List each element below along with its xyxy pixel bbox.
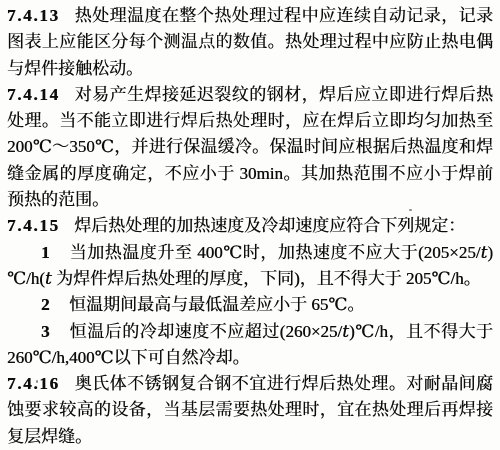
variable-t: t	[342, 322, 349, 342]
clause-number: 7.4.14	[7, 85, 60, 104]
clause-number: 7.4.16	[7, 374, 60, 393]
clause-7-4-13: 7.4.13热处理温度在整个热处理过程中应连续自动记录，记录图表上应能区分每个测…	[7, 3, 493, 82]
item-number: 2	[41, 295, 50, 314]
clause-number: 7.4.15	[7, 216, 60, 235]
clause-7-4-15-item-3: 3恒温后的冷却速度不应超过(260×25/t)℃/h，且不得大于 260℃/h,…	[7, 319, 493, 372]
clause-7-4-14: 7.4.14对易产生焊接延迟裂纹的钢材，焊后应立即进行焊后热处理。当不能立即进行…	[7, 82, 493, 213]
item-number: 3	[41, 322, 50, 341]
scan-artifact	[236, 86, 239, 89]
item-number: 1	[41, 243, 50, 262]
clause-7-4-15: 7.4.15焊后热处理的加热速度及冷却速度应符合下列规定：	[7, 213, 493, 239]
clause-text: 焊后热处理的加热速度及冷却速度应符合下列规定：	[74, 216, 465, 235]
scan-artifact	[36, 380, 38, 383]
clause-text: 对易产生焊接延迟裂纹的钢材，焊后应立即进行焊后热处理。当不能立即进行焊后热处理时…	[7, 85, 493, 209]
item-text: 恒温后的冷却速度不应超过(260×25/	[69, 322, 342, 341]
document-page: 7.4.13热处理温度在整个热处理过程中应连续自动记录，记录图表上应能区分每个测…	[0, 0, 500, 450]
item-text: 恒温期间最高与最低温差应小于 65℃。	[69, 295, 364, 314]
clause-7-4-16: 7.4.16奥氏体不锈钢复合钢不宜进行焊后热处理。对耐晶间腐蚀要求较高的设备，当…	[7, 371, 493, 450]
clause-text: 热处理温度在整个热处理过程中应连续自动记录，记录图表上应能区分每个测温点的数值。…	[7, 6, 493, 78]
clause-number: 7.4.13	[7, 6, 60, 25]
clause-7-4-15-item-1: 1当加热温度升至 400℃时，加热速度不应大于(205×25/t)℃/h(t 为…	[7, 240, 493, 293]
clause-7-4-15-item-2: 2恒温期间最高与最低温差应小于 65℃。	[7, 292, 493, 318]
clause-text: 奥氏体不锈钢复合钢不宜进行焊后热处理。对耐晶间腐蚀要求较高的设备，当基层需要热处…	[7, 374, 493, 446]
variable-t: t	[45, 269, 52, 289]
item-text: 为焊件焊后热处理的厚度，下同)，且不得大于 205℃/h。	[52, 269, 481, 288]
item-text: 当加热温度升至 400℃时，加热速度不应大于(205×25/	[69, 243, 480, 262]
scan-artifact	[409, 209, 412, 211]
